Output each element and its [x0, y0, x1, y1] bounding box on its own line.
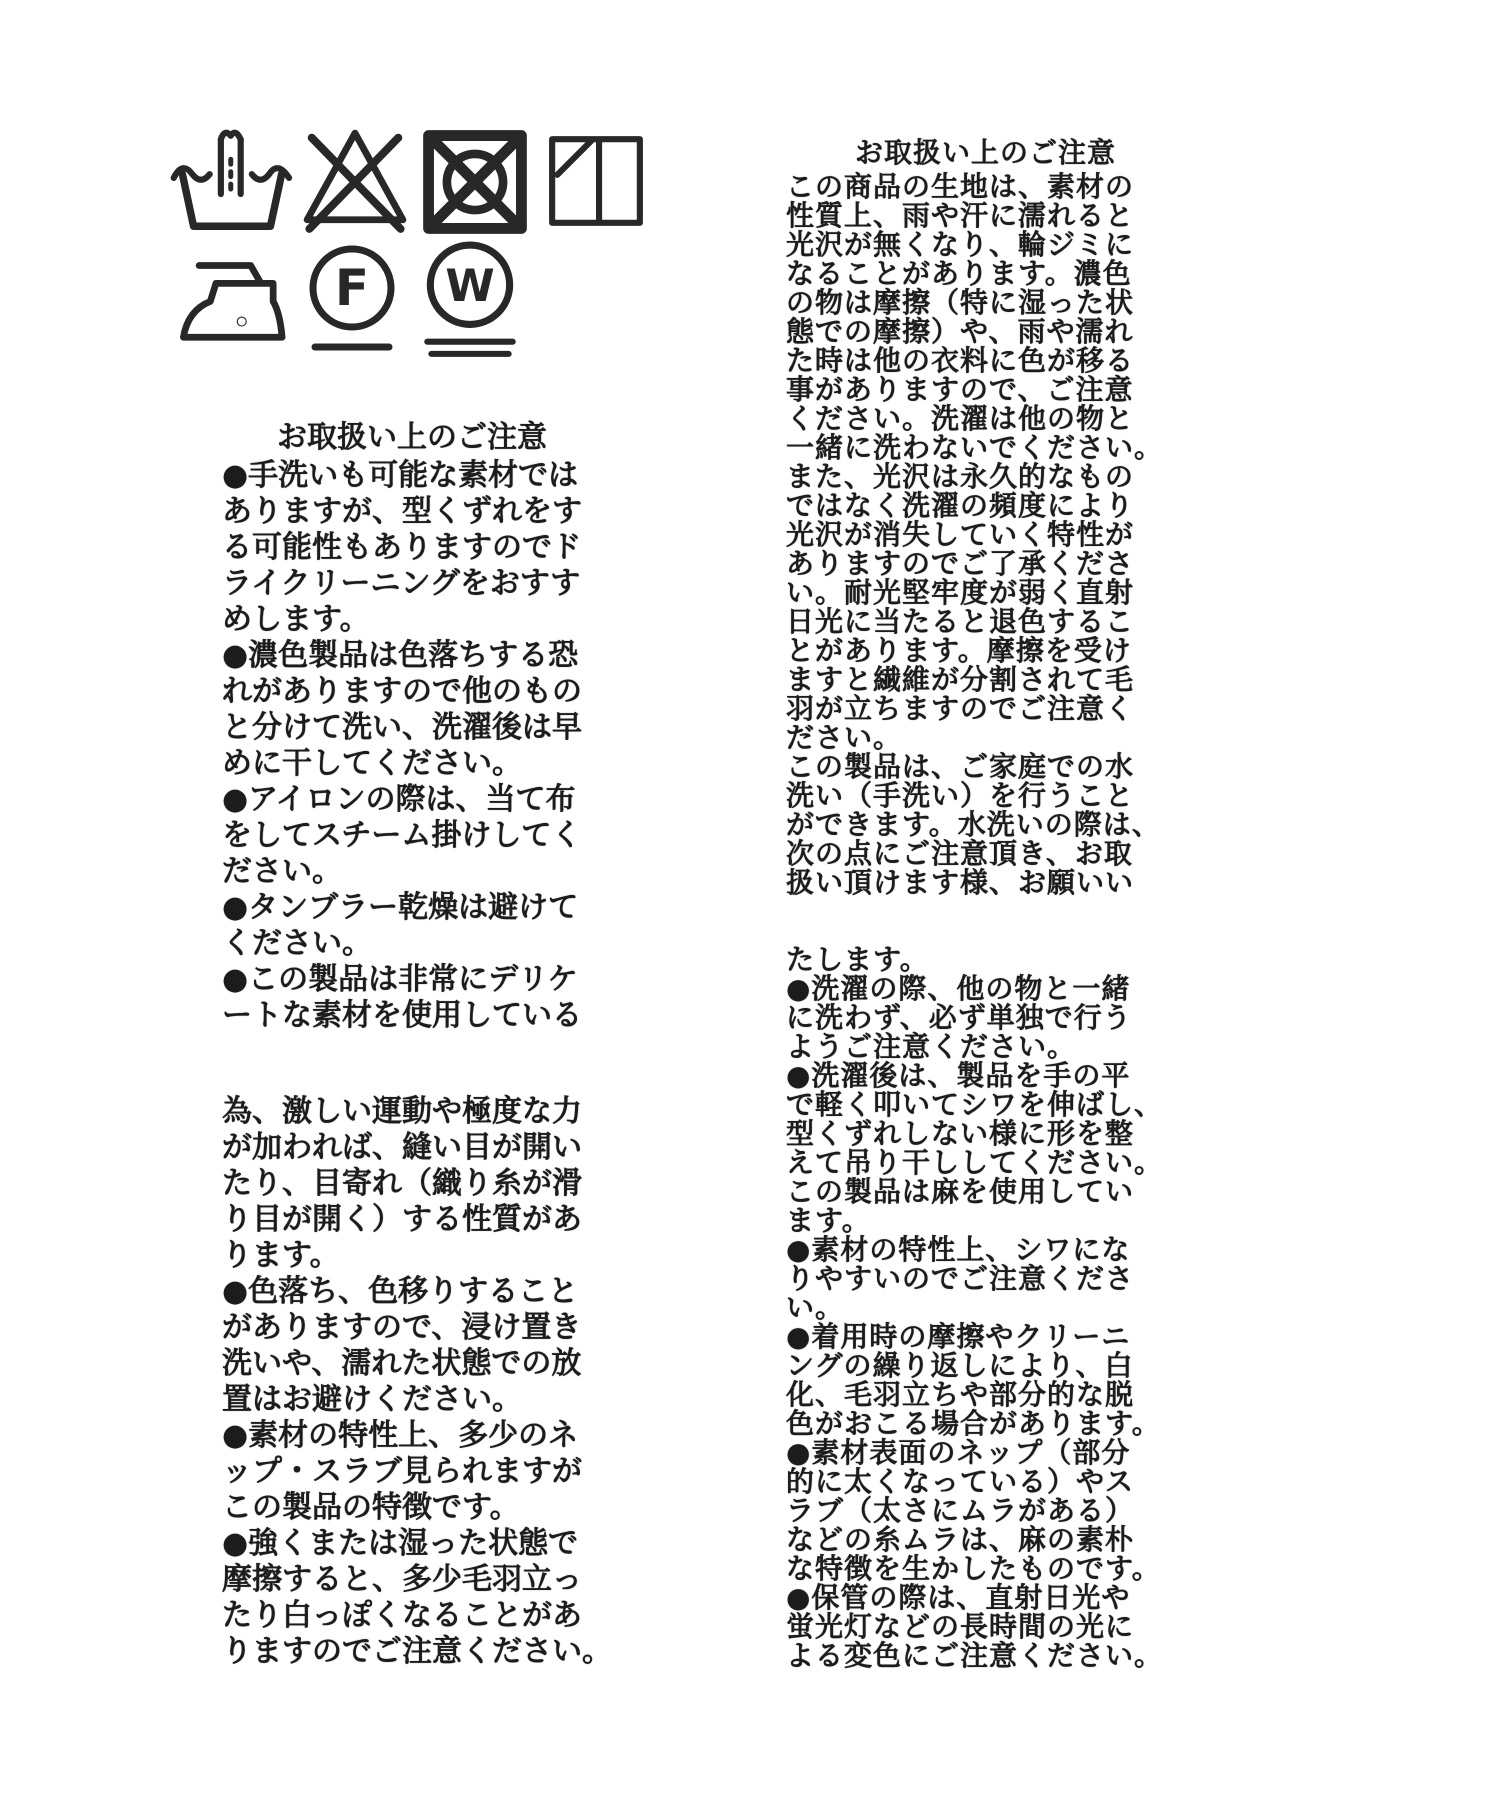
left-column-paragraphs-top: ●手洗いも可能な素材では ありますが、型くずれをす る可能性もありますのでド ラ… [222, 458, 622, 1034]
do-not-bleach-icon [296, 124, 414, 238]
hand-wash-icon [170, 122, 294, 240]
dry-clean-f-letter: F [335, 259, 369, 317]
right-column-title: お取扱い上のご注意 [855, 138, 1116, 168]
right-column-paragraphs-top: この商品の生地は、素材の 性質上、雨や汗に濡れると 光沢が無くなり、輪ジミに な… [786, 172, 1188, 897]
dry-clean-f-icon: F [303, 243, 401, 355]
care-label-document: F W お取扱い上のご注意 ●手洗いも可能な素材では ありますが、型くずれをす … [0, 0, 1500, 1800]
do-not-tumble-dry-icon [418, 128, 532, 236]
wet-clean-w-icon: W [419, 240, 521, 362]
left-column-title: お取扱い上のご注意 [277, 421, 547, 455]
shade-line-dry-icon [543, 130, 649, 232]
right-column-paragraphs-bottom: たします。 ●洗濯の際、他の物と一緒 に洗わず、必ず単独で行う ようご注意くださ… [786, 945, 1188, 1670]
wet-clean-w-letter: W [445, 259, 494, 312]
iron-low-icon [178, 252, 292, 344]
left-column-paragraphs-bottom: 為、激しい運動や極度な力 が加われば、縫い目が開い たり、目寄れ（織り糸が滑 り… [222, 1094, 622, 1670]
